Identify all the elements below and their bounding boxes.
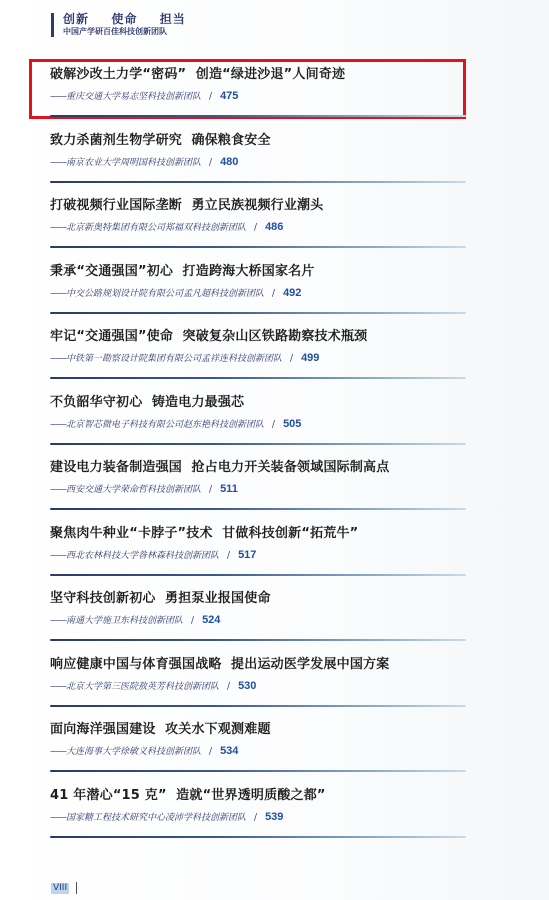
entry-page-number[interactable]: 524 <box>202 614 220 626</box>
entry-page-number[interactable]: 486 <box>265 221 283 233</box>
em-dash: —— <box>50 354 66 364</box>
entry-team: 西安交通大学荣命哲科技创新团队 <box>66 485 201 495</box>
entry-team: 南京农业大学周明国科技创新团队 <box>66 158 201 168</box>
separator-slash: / <box>254 813 257 823</box>
entry-byline: ——西安交通大学荣命哲科技创新团队/511 <box>50 483 468 496</box>
entry-page-number[interactable]: 517 <box>238 549 256 561</box>
em-dash: —— <box>50 289 66 299</box>
entry-byline: ——南通大学施卫东科技创新团队/524 <box>50 614 468 627</box>
separator-slash: / <box>272 420 275 430</box>
separator-slash: / <box>191 616 194 626</box>
separator-slash: / <box>209 485 212 495</box>
entry-team: 北京新奥特集团有限公司郑福双科技创新团队 <box>66 223 246 233</box>
toc-entry[interactable]: 建设电力装备制造强国 抢占电力开关装备领域国际制高点 ——西安交通大学荣命哲科技… <box>50 459 468 525</box>
divider-line <box>50 115 466 117</box>
toc-entry[interactable]: 不负韶华守初心 铸造电力最强芯 ——北京智芯微电子科技有限公司赵东艳科技创新团队… <box>50 394 468 460</box>
entry-page-number[interactable]: 499 <box>301 352 319 364</box>
em-dash: —— <box>50 747 66 757</box>
separator-slash: / <box>209 747 212 757</box>
section-header: 创新 使命 担当 中国产学研百佳科技创新团队 <box>51 13 186 37</box>
toc-entry[interactable]: 响应健康中国与体育强国战略 提出运动医学发展中国方案 ——北京大学第三医院敖英芳… <box>50 656 468 722</box>
separator-slash: / <box>272 289 275 299</box>
entry-byline: ——西北农林科技大学昝林森科技创新团队/517 <box>50 549 468 562</box>
toc-entry[interactable]: 坚守科技创新初心 勇担泵业报国使命 ——南通大学施卫东科技创新团队/524 <box>50 590 468 656</box>
divider-line <box>50 508 466 510</box>
divider-line <box>50 770 466 772</box>
em-dash: —— <box>50 223 66 233</box>
entry-team: 北京智芯微电子科技有限公司赵东艳科技创新团队 <box>66 420 264 430</box>
em-dash: —— <box>50 551 66 561</box>
entry-team: 南通大学施卫东科技创新团队 <box>66 616 183 626</box>
toc-entry[interactable]: 聚焦肉牛种业“卡脖子”技术 甘做科技创新“拓荒牛” ——西北农林科技大学昝林森科… <box>50 525 468 591</box>
entry-title: 破解沙改土力学“密码” 创造“绿进沙退”人间奇迹 <box>50 66 468 84</box>
entry-team: 中铁第一勘察设计院集团有限公司孟祥连科技创新团队 <box>66 354 282 364</box>
toc-entry[interactable]: 破解沙改土力学“密码” 创造“绿进沙退”人间奇迹 ——重庆交通大学易志坚科技创新… <box>50 66 468 132</box>
page-number: VIII <box>51 883 69 894</box>
em-dash: —— <box>50 158 66 168</box>
divider-line <box>50 574 466 576</box>
entry-title: 聚焦肉牛种业“卡脖子”技术 甘做科技创新“拓荒牛” <box>50 525 468 543</box>
divider-line <box>50 836 466 838</box>
entry-title: 致力杀菌剂生物学研究 确保粮食安全 <box>50 132 468 150</box>
em-dash: —— <box>50 813 66 823</box>
entry-team: 重庆交通大学易志坚科技创新团队 <box>66 92 201 102</box>
entry-byline: ——大连海事大学徐敏义科技创新团队/534 <box>50 745 468 758</box>
toc-entry[interactable]: 打破视频行业国际垄断 勇立民族视频行业潮头 ——北京新奥特集团有限公司郑福双科技… <box>50 197 468 263</box>
entry-page-number[interactable]: 539 <box>265 811 283 823</box>
toc-entry[interactable]: 秉承“交通强国”初心 打造跨海大桥国家名片 ——中交公路规划设计院有限公司孟凡超… <box>50 263 468 329</box>
entry-page-number[interactable]: 480 <box>220 156 238 168</box>
header-title: 创新 使命 担当 <box>63 13 186 26</box>
separator-slash: / <box>209 158 212 168</box>
separator-slash: / <box>290 354 293 364</box>
divider-line <box>50 705 466 707</box>
entry-title: 面向海洋强国建设 攻关水下观测难题 <box>50 721 468 739</box>
toc-entry[interactable]: 牢记“交通强国”使命 突破复杂山区铁路勘察技术瓶颈 ——中铁第一勘察设计院集团有… <box>50 328 468 394</box>
entry-title: 牢记“交通强国”使命 突破复杂山区铁路勘察技术瓶颈 <box>50 328 468 346</box>
entry-byline: ——国家糖工程技术研究中心凌沛学科技创新团队/539 <box>50 811 468 824</box>
entry-team: 国家糖工程技术研究中心凌沛学科技创新团队 <box>66 813 246 823</box>
entry-byline: ——中铁第一勘察设计院集团有限公司孟祥连科技创新团队/499 <box>50 352 468 365</box>
entry-page-number[interactable]: 505 <box>283 418 301 430</box>
divider-line <box>50 246 466 248</box>
em-dash: —— <box>50 616 66 626</box>
entry-byline: ——中交公路规划设计院有限公司孟凡超科技创新团队/492 <box>50 287 468 300</box>
divider-line <box>50 312 466 314</box>
entry-byline: ——北京大学第三医院敖英芳科技创新团队/530 <box>50 680 468 693</box>
em-dash: —— <box>50 485 66 495</box>
entry-page-number[interactable]: 492 <box>283 287 301 299</box>
entry-byline: ——北京新奥特集团有限公司郑福双科技创新团队/486 <box>50 221 468 234</box>
entry-team: 大连海事大学徐敏义科技创新团队 <box>66 747 201 757</box>
table-of-contents: 破解沙改土力学“密码” 创造“绿进沙退”人间奇迹 ——重庆交通大学易志坚科技创新… <box>50 66 468 852</box>
entry-title: 坚守科技创新初心 勇担泵业报国使命 <box>50 590 468 608</box>
entry-title: 41 年潜心“15 克” 造就“世界透明质酸之都” <box>50 787 468 805</box>
em-dash: —— <box>50 682 66 692</box>
entry-title: 打破视频行业国际垄断 勇立民族视频行业潮头 <box>50 197 468 215</box>
toc-entry[interactable]: 41 年潜心“15 克” 造就“世界透明质酸之都” ——国家糖工程技术研究中心凌… <box>50 787 468 853</box>
entry-byline: ——南京农业大学周明国科技创新团队/480 <box>50 156 468 169</box>
footer-divider <box>76 882 77 894</box>
entry-byline: ——重庆交通大学易志坚科技创新团队/475 <box>50 90 468 103</box>
divider-line <box>50 181 466 183</box>
entry-team: 中交公路规划设计院有限公司孟凡超科技创新团队 <box>66 289 264 299</box>
toc-entry[interactable]: 致力杀菌剂生物学研究 确保粮食安全 ——南京农业大学周明国科技创新团队/480 <box>50 132 468 198</box>
separator-slash: / <box>227 682 230 692</box>
entry-title: 秉承“交通强国”初心 打造跨海大桥国家名片 <box>50 263 468 281</box>
entry-team: 北京大学第三医院敖英芳科技创新团队 <box>66 682 219 692</box>
em-dash: —— <box>50 92 66 102</box>
entry-title: 建设电力装备制造强国 抢占电力开关装备领域国际制高点 <box>50 459 468 477</box>
entry-page-number[interactable]: 511 <box>220 483 238 495</box>
separator-slash: / <box>227 551 230 561</box>
em-dash: —— <box>50 420 66 430</box>
entry-title: 响应健康中国与体育强国战略 提出运动医学发展中国方案 <box>50 656 468 674</box>
entry-page-number[interactable]: 534 <box>220 745 238 757</box>
entry-page-number[interactable]: 530 <box>238 680 256 692</box>
entry-page-number[interactable]: 475 <box>220 90 238 102</box>
entry-byline: ——北京智芯微电子科技有限公司赵东艳科技创新团队/505 <box>50 418 468 431</box>
separator-slash: / <box>209 92 212 102</box>
separator-slash: / <box>254 223 257 233</box>
divider-line <box>50 443 466 445</box>
toc-entry[interactable]: 面向海洋强国建设 攻关水下观测难题 ——大连海事大学徐敏义科技创新团队/534 <box>50 721 468 787</box>
header-subtitle: 中国产学研百佳科技创新团队 <box>63 26 186 37</box>
divider-line <box>50 639 466 641</box>
page-footer: VIII <box>51 882 77 894</box>
entry-title: 不负韶华守初心 铸造电力最强芯 <box>50 394 468 412</box>
entry-team: 西北农林科技大学昝林森科技创新团队 <box>66 551 219 561</box>
divider-line <box>50 377 466 379</box>
